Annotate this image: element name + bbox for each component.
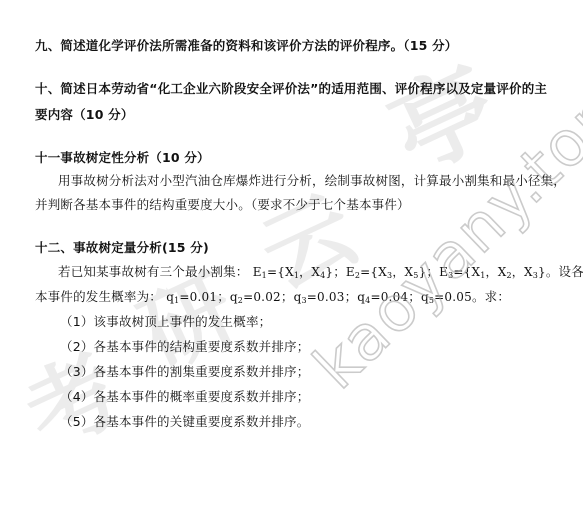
sub-question-5: （5）各基本事件的关键重要度系数并排序。 [60,414,309,430]
intro-prefix: 若已知某事故树有三个最小割集： [58,264,249,279]
prob-q4: q4=0.04 [357,290,408,304]
sub-question-1: （1）该事故树顶上事件的发生概率； [60,314,271,330]
prob-suffix: 。求： [472,289,510,304]
prob-q3: q3=0.03 [294,290,345,304]
prob-q2: q2=0.02 [230,290,281,304]
prob-q5: q5=0.05 [421,290,472,304]
cut-set-e2: E2={X3，X5} [346,265,427,279]
sub-question-2: （2）各基本事件的结构重要度系数并排序； [60,339,309,355]
question-12-probabilities: 本事件的发生概率为： q1=0.01；q2=0.02；q3=0.03；q4=0.… [35,289,510,305]
exam-page: 考 研 云 亭 九、简述道化学评价法所需准备的资料和该评价方法的评价程序。（15… [0,0,583,521]
question-12-intro: 若已知某事故树有三个最小割集： E1={X1，X4}；E2={X3，X5}；E3… [58,264,583,280]
cut-set-e1: E1={X1，X4} [253,265,334,279]
sub-question-3: （3）各基本事件的割集重要度系数并排序； [60,364,309,380]
question-12-title: 十二、事故树定量分析(15 分) [35,240,209,256]
question-11-body-line-1: 用事故树分析法对小型汽油仓库爆炸进行分析，绘制事故树图，计算最小割集和最小径集， [58,173,566,189]
sub-question-4: （4）各基本事件的概率重要度系数并排序； [60,389,309,405]
question-10-line-1: 十、简述日本劳动省“化工企业六阶段安全评价法”的适用范围、评价程序以及定量评价的… [35,81,547,97]
question-11-title: 十一事故树定性分析（10 分） [35,150,210,166]
question-9: 九、简述道化学评价法所需准备的资料和该评价方法的评价程序。（15 分） [35,38,458,54]
question-11-body-line-2: 并判断各基本事件的结构重要度大小。（要求不少于七个基本事件） [35,197,410,213]
prob-q1: q1=0.01 [166,290,217,304]
watermark-text: kaoyany.top [300,75,583,403]
question-10-line-2: 要内容（10 分） [35,107,134,123]
prob-prefix: 本事件的发生概率为： [35,289,162,304]
intro-suffix: 。设各基 [546,264,583,279]
cut-set-e3: E3={X1，X2，X3} [439,265,546,279]
